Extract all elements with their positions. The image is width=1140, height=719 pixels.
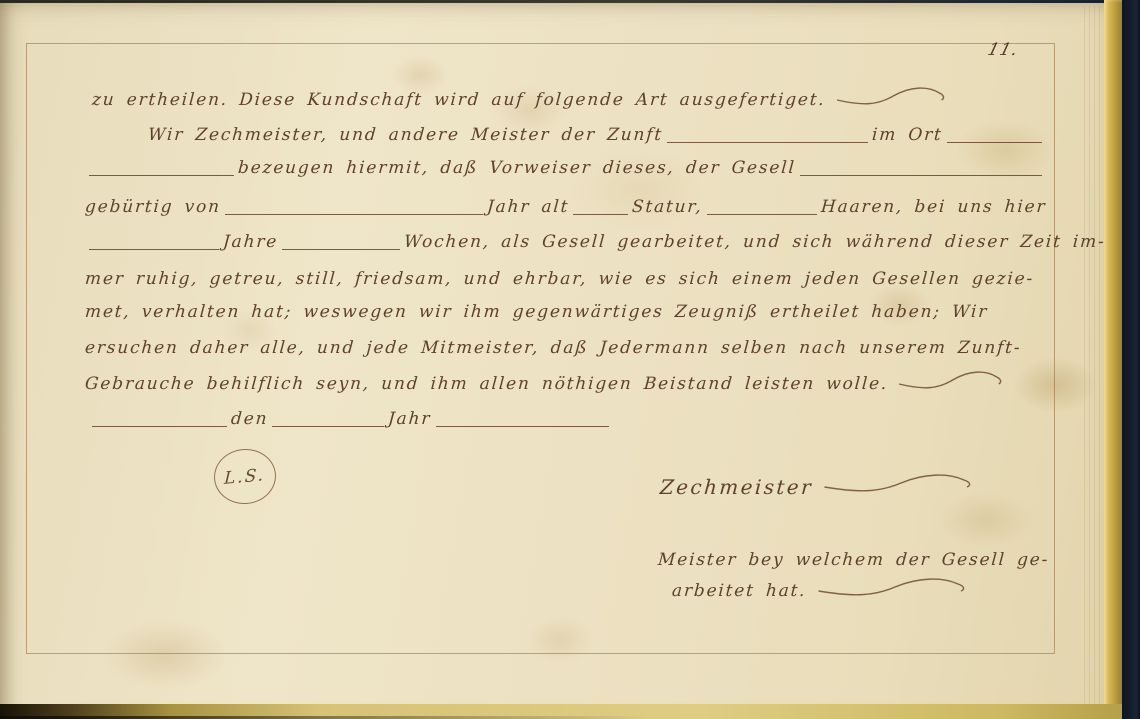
handwritten-text: Statur,: [631, 194, 703, 220]
fill-in-blank: [707, 214, 817, 215]
handwritten-text: Haaren, bei uns hier: [820, 194, 1047, 220]
signature-line: Zechmeister: [660, 474, 1046, 500]
handwritten-text: Jahre: [222, 229, 279, 255]
fill-in-blank: [92, 426, 227, 427]
flourish-ornament: [898, 369, 1003, 395]
certificate-line: zu ertheilen. Diese Kundschaft wird auf …: [92, 87, 1046, 113]
certificate-text-area: zu ertheilen. Diese Kundschaft wird auf …: [0, 0, 1140, 719]
certificate-line: JahreWochen, als Gesell gearbeitet, und …: [85, 229, 1046, 255]
handwritten-text: Jahr: [387, 406, 432, 432]
fill-in-blank: [225, 214, 483, 215]
handwritten-text: met, verhalten hat; weswegen wir ihm geg…: [84, 299, 989, 325]
handwritten-text: im Ort: [871, 122, 943, 148]
handwritten-text: arbeitet hat.: [671, 578, 807, 604]
fill-in-blank: [800, 175, 1042, 176]
certificate-line: mer ruhig, getreu, still, friedsam, und …: [85, 266, 1046, 292]
handwritten-text: Gebrauche behilflich seyn, und ihm allen…: [84, 371, 889, 397]
handwritten-text: Meister bey welchem der Gesell ge-: [657, 547, 1050, 573]
fill-in-blank: [89, 175, 234, 176]
certificate-line: bezeugen hiermit, daß Vorweiser dieses, …: [85, 155, 1046, 181]
handwritten-text: Wochen, als Gesell gearbeitet, und sich …: [403, 229, 1106, 255]
certificate-line: met, verhalten hat; weswegen wir ihm geg…: [85, 299, 1046, 325]
certificate-line: ersuchen daher alle, und jede Mitmeister…: [85, 335, 1046, 361]
certificate-line: Gebrauche behilflich seyn, und ihm allen…: [85, 371, 1046, 397]
flourish-ornament: [836, 85, 946, 111]
flourish-ornament: [817, 576, 967, 602]
handwritten-text: Jahr alt: [486, 194, 570, 220]
certificate-line: denJahr: [88, 406, 613, 432]
fill-in-blank: [667, 142, 868, 143]
handwritten-text: Wir Zechmeister, und andere Meister der …: [147, 122, 664, 148]
handwritten-text: ersuchen daher alle, und jede Mitmeister…: [84, 335, 1022, 361]
handwritten-text: mer ruhig, getreu, still, friedsam, und …: [84, 266, 1035, 292]
book-page: 11. zu ertheilen. Diese Kundschaft wird …: [0, 0, 1140, 719]
certificate-line: gebürtig vonJahr altStatur,Haaren, bei u…: [85, 194, 1046, 220]
fill-in-blank: [282, 249, 400, 250]
flourish-ornament: [823, 472, 973, 498]
handwritten-text: gebürtig von: [84, 194, 222, 220]
handwritten-text: Zechmeister: [659, 474, 814, 500]
fill-in-blank: [947, 142, 1042, 143]
certificate-line: arbeitet hat.: [672, 578, 1046, 604]
certificate-line: Meister bey welchem der Gesell ge-: [658, 547, 1046, 573]
fill-in-blank: [573, 214, 628, 215]
seal-label: L.S.: [224, 465, 266, 489]
handwritten-text: den: [230, 406, 269, 432]
fill-in-blank: [436, 426, 609, 427]
certificate-line: Wir Zechmeister, und andere Meister der …: [148, 122, 1046, 148]
handwritten-text: bezeugen hiermit, daß Vorweiser dieses, …: [237, 155, 796, 181]
handwritten-text: zu ertheilen. Diese Kundschaft wird auf …: [91, 87, 826, 113]
fill-in-blank: [272, 426, 384, 427]
fill-in-blank: [89, 249, 219, 250]
